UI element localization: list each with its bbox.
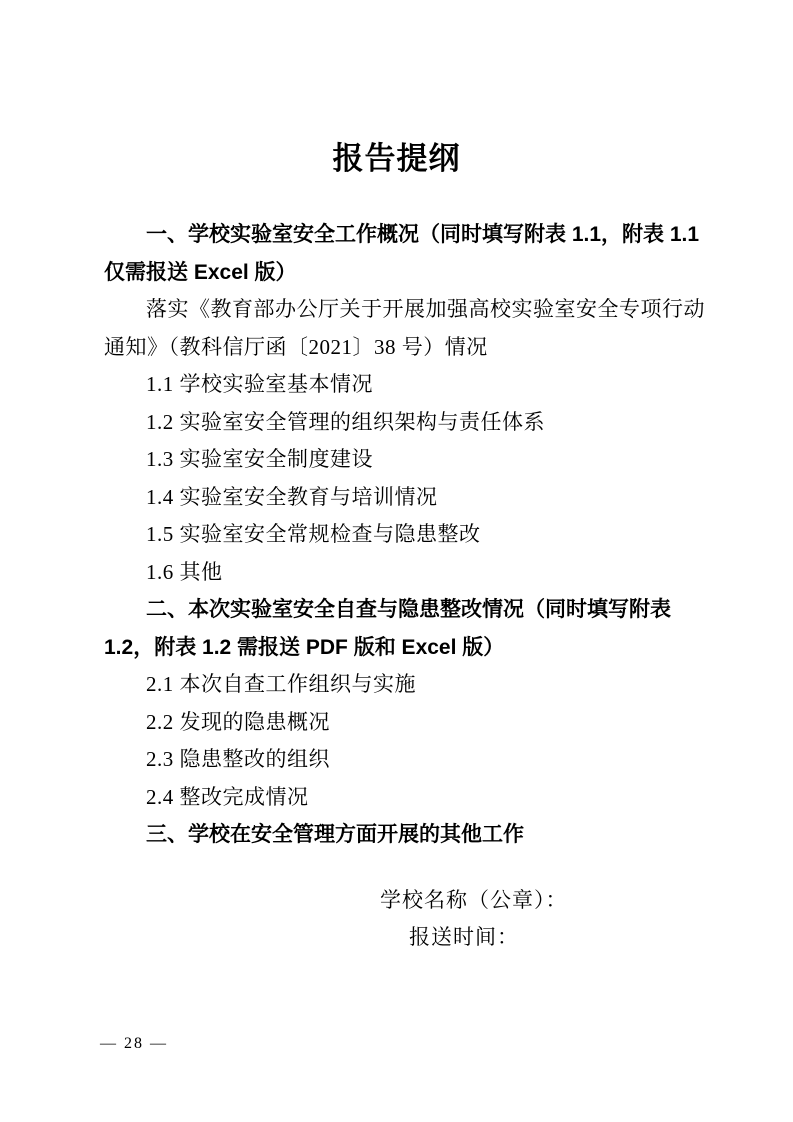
outline-item-2-3: 2.3 隐患整改的组织 bbox=[104, 741, 696, 779]
outline-item-1-1: 1.1 学校实验室基本情况 bbox=[104, 366, 696, 404]
section-1-intro-line-1: 落实《教育部办公厅关于开展加强高校实验室安全专项行动 bbox=[104, 291, 696, 329]
signature-submission-date-label: 报送时间： bbox=[409, 919, 519, 957]
outline-item-1-2: 1.2 实验室安全管理的组织架构与责任体系 bbox=[104, 404, 696, 442]
outline-item-1-6: 1.6 其他 bbox=[104, 554, 696, 592]
outline-item-1-4: 1.4 实验室安全教育与培训情况 bbox=[104, 479, 696, 517]
section-1-heading-line-1: 一、学校实验室安全工作概况（同时填写附表 1.1，附表 1.1 bbox=[104, 216, 696, 254]
document-page: 报告提纲 一、学校实验室安全工作概况（同时填写附表 1.1，附表 1.1 仅需报… bbox=[0, 0, 793, 1122]
section-3-heading: 三、学校在安全管理方面开展的其他工作 bbox=[104, 816, 696, 854]
outline-item-2-4: 2.4 整改完成情况 bbox=[104, 779, 696, 817]
outline-item-2-1: 2.1 本次自查工作组织与实施 bbox=[104, 666, 696, 704]
outline-item-1-5: 1.5 实验室安全常规检查与隐患整改 bbox=[104, 516, 696, 554]
signature-school-name-label: 学校名称（公章）： bbox=[380, 882, 568, 920]
section-2-heading-line-2: 1.2，附表 1.2 需报送 PDF 版和 Excel 版） bbox=[104, 629, 696, 667]
outline-body: 一、学校实验室安全工作概况（同时填写附表 1.1，附表 1.1 仅需报送 Exc… bbox=[104, 216, 696, 854]
outline-item-1-3: 1.3 实验室安全制度建设 bbox=[104, 441, 696, 479]
outline-item-2-2: 2.2 发现的隐患概况 bbox=[104, 704, 696, 742]
document-title: 报告提纲 bbox=[0, 139, 793, 179]
section-1-heading-line-2: 仅需报送 Excel 版） bbox=[104, 254, 696, 292]
page-number: — 28 — bbox=[100, 1032, 168, 1056]
section-1-intro-line-2: 通知》（教科信厅函〔2021〕38 号）情况 bbox=[104, 329, 696, 367]
section-2-heading-line-1: 二、本次实验室安全自查与隐患整改情况（同时填写附表 bbox=[104, 591, 696, 629]
